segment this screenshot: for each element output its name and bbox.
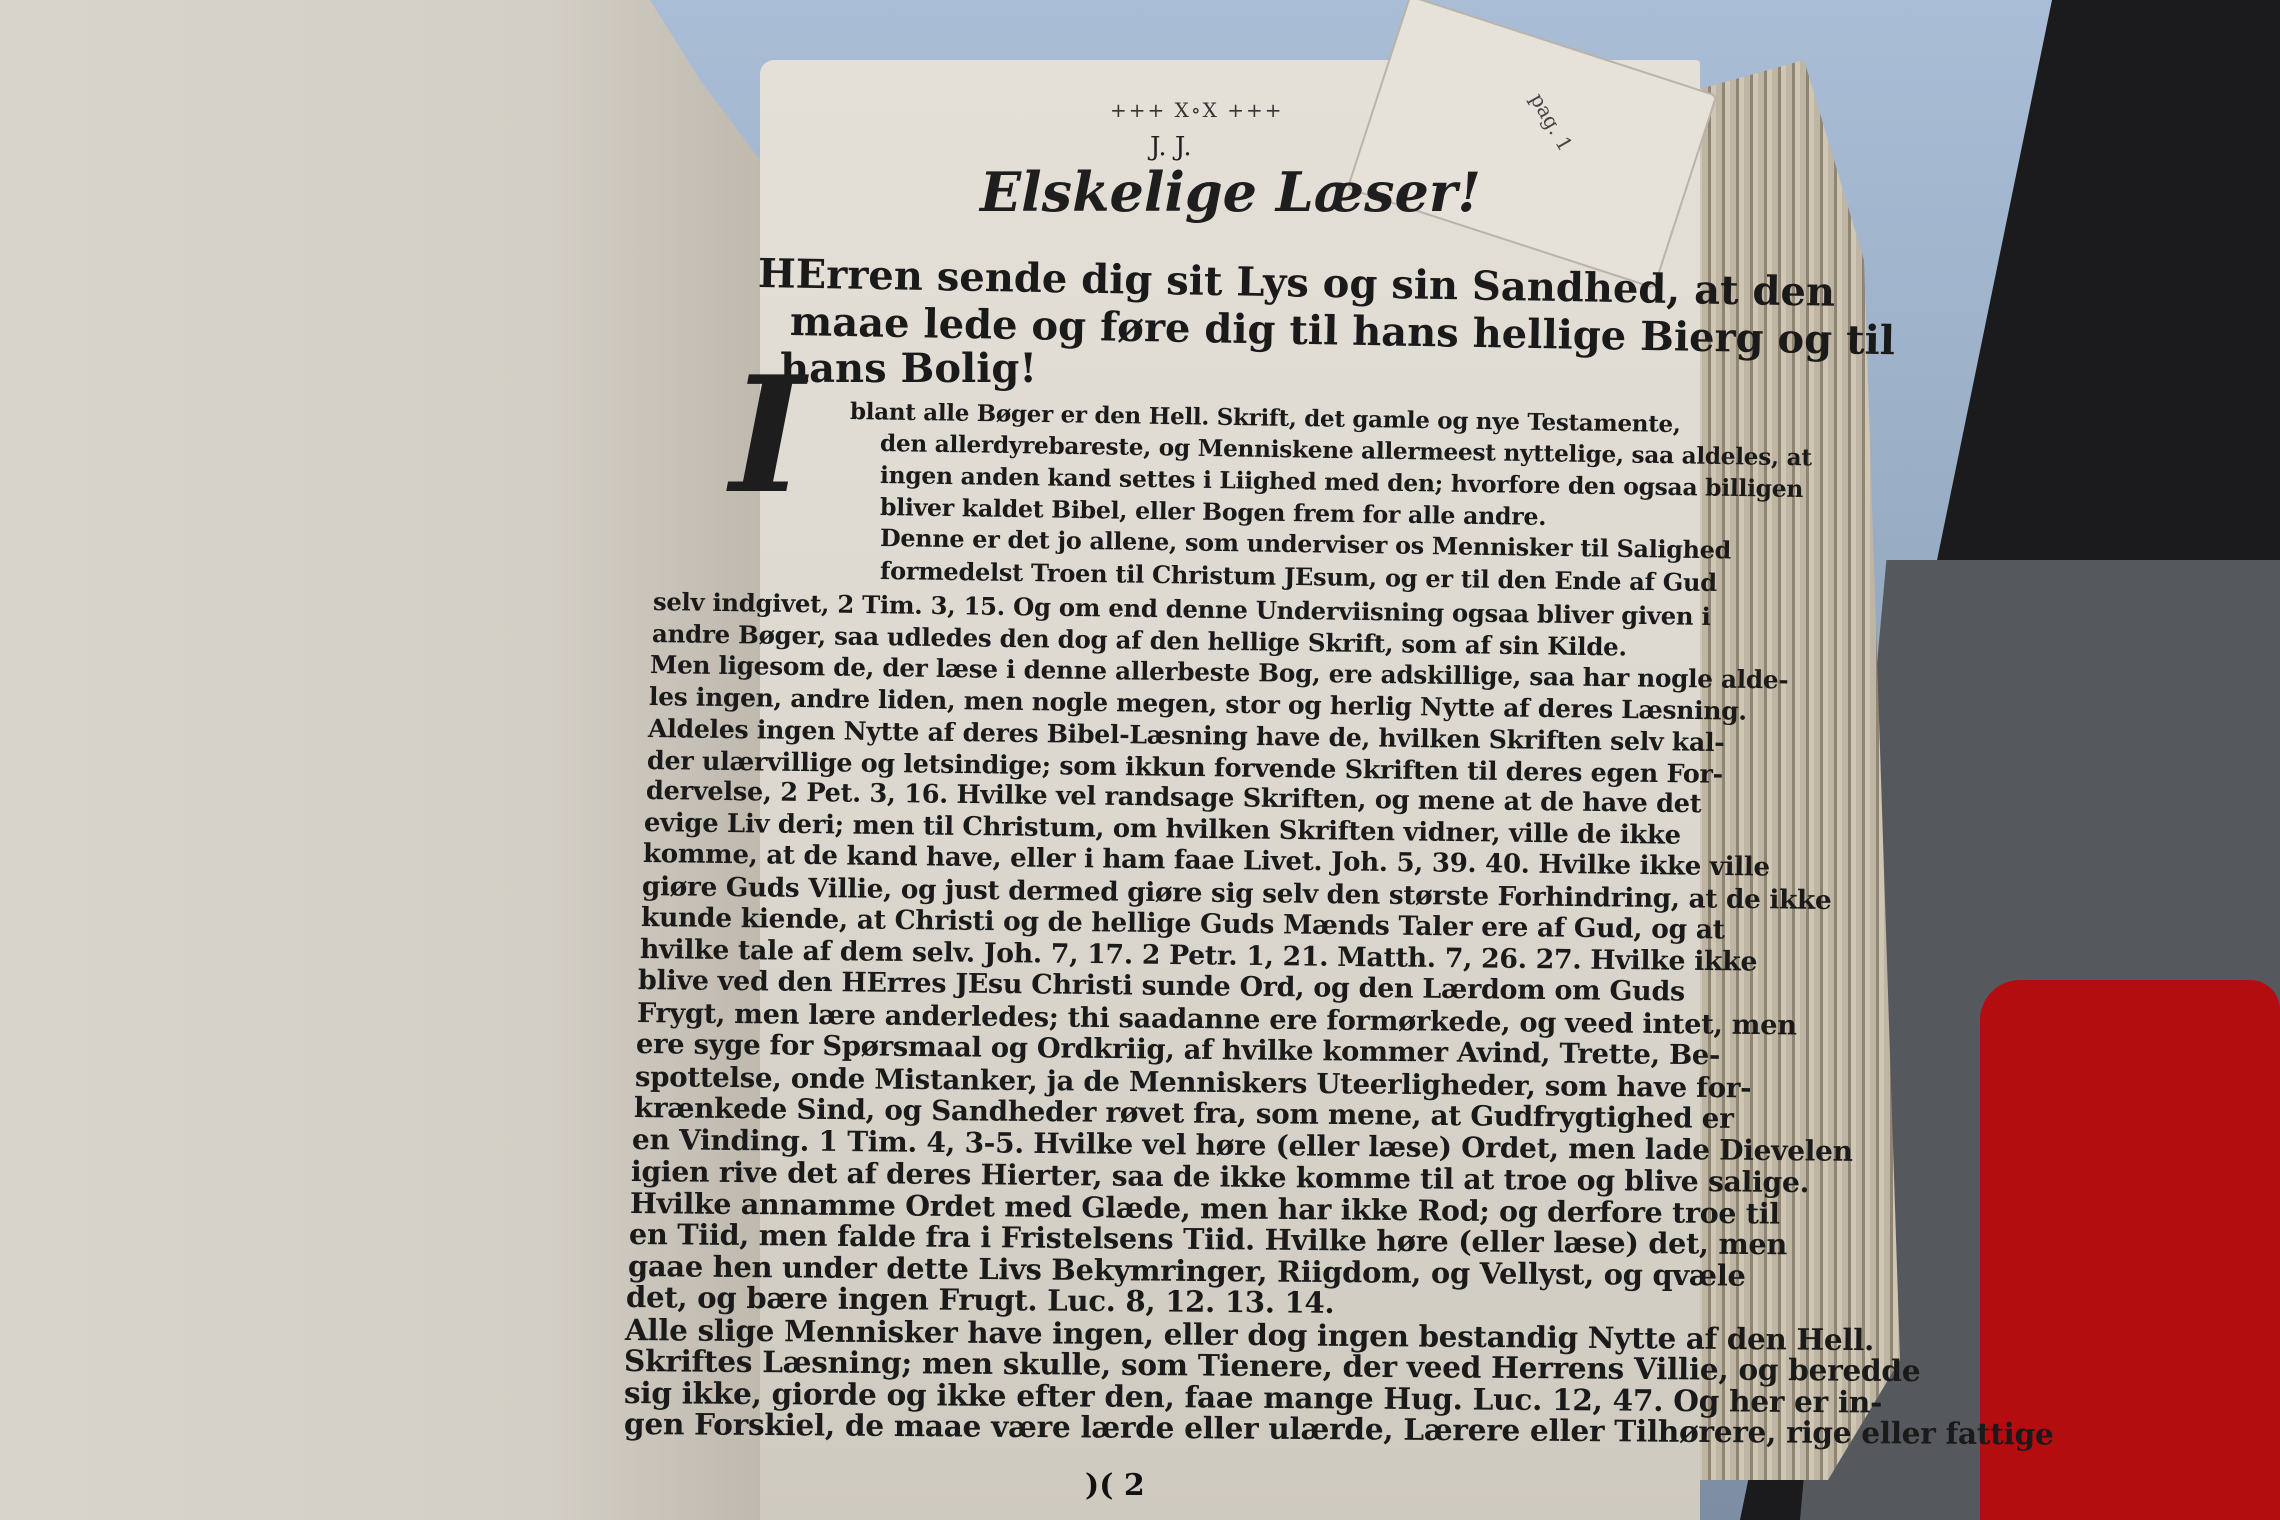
header-ornament: +++ X∘X +++ xyxy=(1110,98,1284,122)
signature-mark: )( 2 xyxy=(1085,1468,1145,1503)
invocation: J. J. xyxy=(1150,132,1192,162)
headline-line: hans Bolig! xyxy=(780,345,1037,392)
page-title: Elskelige Læser! xyxy=(980,160,1481,224)
drop-cap-initial: I xyxy=(730,355,805,515)
